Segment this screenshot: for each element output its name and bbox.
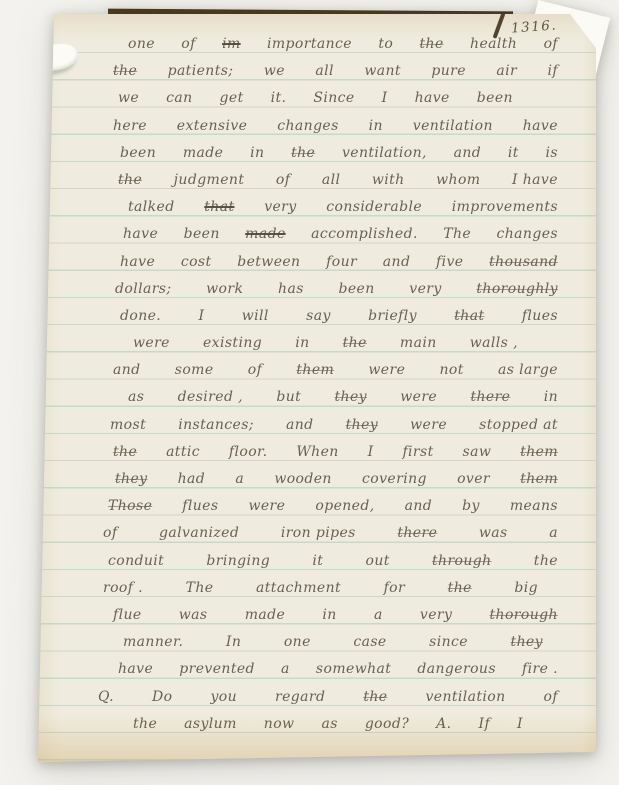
word: extensive [177,113,248,140]
word: a [374,602,383,629]
word: it [508,140,519,167]
word: Do [152,684,172,711]
word: very [420,602,452,629]
word: for [384,575,406,602]
word: most [110,412,146,439]
word: the [448,575,472,602]
word: thousand [489,249,558,276]
word: judgment [174,167,245,194]
word: will [242,303,269,330]
word: prevented [179,656,255,683]
word: patients; [168,58,234,85]
word: importance [267,31,352,58]
word: Since [313,85,354,112]
word: as [128,384,144,411]
word: talked [128,194,175,221]
word: instances; [178,412,254,439]
word: ventilation [425,684,505,711]
word: as large [498,357,558,384]
word: been [338,276,374,303]
word: wooden [274,466,332,493]
word: not [440,357,464,384]
word: flues [522,303,558,330]
word: has [278,276,304,303]
word: the [534,548,558,575]
word: there [470,384,510,411]
manuscript-line: havepreventedasomewhatdangerousfire . [38,656,596,683]
manuscript-line: roof .Theattachmentforthebig [38,575,596,602]
word: opened, [315,493,374,520]
manuscript-line: talkedthatveryconsiderableimprovements [38,194,596,221]
word: between [237,249,300,276]
word: through [432,548,492,575]
manuscript-line: done.Iwillsaybrieflythatflues [38,303,596,330]
word: the [363,684,387,711]
word: made [245,602,285,629]
handwritten-text: oneofimimportancetothehealthofthepatient… [38,31,596,738]
manuscript-line: theyhadawoodencoveringoverthem [38,466,596,493]
word: of [103,520,117,547]
word: in [369,113,383,140]
manuscript-line: fluewasmadeinaverythorough [38,602,596,629]
word: dangerous [417,656,496,683]
manuscript-line: oneofimimportancetothehealthof [38,31,596,58]
word: The [443,221,471,248]
word: say [306,303,331,330]
word: and [286,412,314,439]
manuscript-line: manner.Inonecasesincethey [38,629,596,656]
struck-word: that [204,194,234,221]
word: I [517,711,523,738]
word: since [429,629,468,656]
word: them [296,357,334,384]
word: the [133,711,157,738]
word: here [113,113,147,140]
word: and [454,140,482,167]
word: attic [166,439,200,466]
word: I [199,303,205,330]
word: now [264,711,295,738]
word: of [181,31,195,58]
paper-wrap: 1316. oneofimimportancetothehealthofthep… [38,14,596,762]
word: ventilation [413,113,493,140]
word: a [281,656,290,683]
word: you [210,684,237,711]
word: of [544,684,558,711]
word: very [264,194,296,221]
word: they [335,384,367,411]
word: in [544,384,558,411]
word: that [454,303,484,330]
manuscript-line: thepatients;weallwantpureairif [38,58,596,85]
word: them [520,466,558,493]
word: made [183,140,223,167]
manuscript-line: Q.Doyouregardtheventilationof [38,684,596,711]
word: there [397,520,437,547]
word: I [368,439,374,466]
word: five [436,249,463,276]
word: attachment [256,575,341,602]
word: main [400,330,437,357]
word: considerable [326,194,422,221]
word: somewhat [316,656,391,683]
word: case [353,629,386,656]
word: dollars; [115,276,172,303]
word: get [220,85,244,112]
word: accomplished. [311,221,418,248]
word: improvements [452,194,558,221]
word: changes [497,221,558,248]
word: and [405,493,433,520]
word: manner. [123,629,183,656]
struck-word: im [222,31,241,58]
word: conduit [108,548,164,575]
word: of [544,31,558,58]
word: covering [362,466,427,493]
manuscript-line: conduitbringingitoutthroughthe [38,548,596,575]
word: by [462,493,480,520]
word: of [248,357,262,384]
word: one [284,629,311,656]
manuscript-line: theatticfloor.WhenIfirstsawthem [38,439,596,466]
word: they [346,412,378,439]
word: if [548,58,558,85]
word: flue [113,602,142,629]
word: flues [182,493,218,520]
manuscript-line: thejudgmentofallwithwhomI have [38,167,596,194]
word: one [128,31,155,58]
struck-word: made [245,221,285,248]
word: were [400,384,437,411]
word: to [378,31,393,58]
word: very [409,276,441,303]
word: we [264,58,285,85]
word: it. [271,85,287,112]
word: roof . [103,575,143,602]
word: iron pipes [281,520,356,547]
word: changes [277,113,338,140]
word: four [326,249,357,276]
scan-background: 1316. oneofimimportancetothehealthofthep… [0,0,619,785]
word: was [479,520,508,547]
word: and [383,249,411,276]
word: were [248,493,285,520]
word: been [184,221,220,248]
manuscript-line: havebeenmadeaccomplished.Thechanges [38,221,596,248]
word: the [420,31,444,58]
manuscript-page: 1316. oneofimimportancetothehealthofthep… [38,14,596,762]
word: galvanized [159,520,239,547]
word: the [343,330,367,357]
word: walls , [470,330,518,357]
word: is [546,140,558,167]
manuscript-line: wecangetit.SinceIhavebeen [38,85,596,112]
word: Q. [98,684,114,711]
word: desired , [178,384,243,411]
word: all [322,167,341,194]
word: a [235,466,244,493]
word: in [295,330,309,357]
word: been [477,85,513,112]
word: but [276,384,301,411]
manuscript-line: asdesired ,buttheyweretherein [38,384,596,411]
word: the [113,58,137,85]
word: have [120,249,155,276]
manuscript-line: theasylumnowasgood?A.IfI [38,711,596,738]
word: were [133,330,170,357]
word: was [179,602,208,629]
word: asylum [184,711,237,738]
word: cost [181,249,212,276]
manuscript-line: mostinstances;andtheywerestopped at [38,412,596,439]
word: and [113,357,141,384]
word: it [312,548,323,575]
word: as [321,711,337,738]
word: have [523,113,558,140]
word: they [511,629,543,656]
word: a [549,520,558,547]
word: first [402,439,433,466]
word: The [186,575,214,602]
word: the [291,140,315,167]
word: want [364,58,401,85]
word: we [118,85,139,112]
word: of [276,167,290,194]
word: in [250,140,264,167]
word: them [520,439,558,466]
manuscript-line: havecostbetweenfourandfivethousand [38,249,596,276]
word: means [510,493,558,520]
word: done. [120,303,161,330]
word: were [368,357,405,384]
word: stopped at [479,412,558,439]
manuscript-line: andsomeofthemwerenotas large [38,357,596,384]
word: been [120,140,156,167]
word: In [226,629,241,656]
word: the [118,167,142,194]
word: have [415,85,450,112]
word: floor. [229,439,268,466]
word: If [479,711,491,738]
word: ventilation, [342,140,427,167]
word: I have [512,167,558,194]
word: When [296,439,338,466]
word: out [366,548,390,575]
word: saw [463,439,492,466]
word: air [496,58,517,85]
word: can [166,85,192,112]
manuscript-line: hereextensivechangesinventilationhave [38,113,596,140]
word: big [514,575,538,602]
word: good? [365,711,409,738]
word: have [118,656,153,683]
word: all [315,58,334,85]
word: have [123,221,158,248]
word: existing [203,330,262,357]
word: work [206,276,243,303]
word: over [457,466,490,493]
manuscript-line: Thoseflueswereopened,andbymeans [38,493,596,520]
word: regard [275,684,325,711]
word: briefly [368,303,417,330]
word: some [175,357,214,384]
word: with [372,167,405,194]
word: the [113,439,137,466]
word: they [115,466,147,493]
word: fire . [522,656,558,683]
word: bringing [206,548,270,575]
manuscript-line: ofgalvanizediron pipestherewasa [38,520,596,547]
word: were [410,412,447,439]
word: pure [431,58,466,85]
word: whom [436,167,480,194]
word: A. [436,711,451,738]
word: in [322,602,336,629]
manuscript-line: wereexistinginthemainwalls , [38,330,596,357]
word: thorough [490,602,558,629]
manuscript-line: beenmadeintheventilation,anditis [38,140,596,167]
word: I [382,85,388,112]
word: Those [108,493,152,520]
word: had [178,466,206,493]
word: thoroughly [476,276,558,303]
word: health [470,31,517,58]
manuscript-line: dollars;workhasbeenverythoroughly [38,276,596,303]
